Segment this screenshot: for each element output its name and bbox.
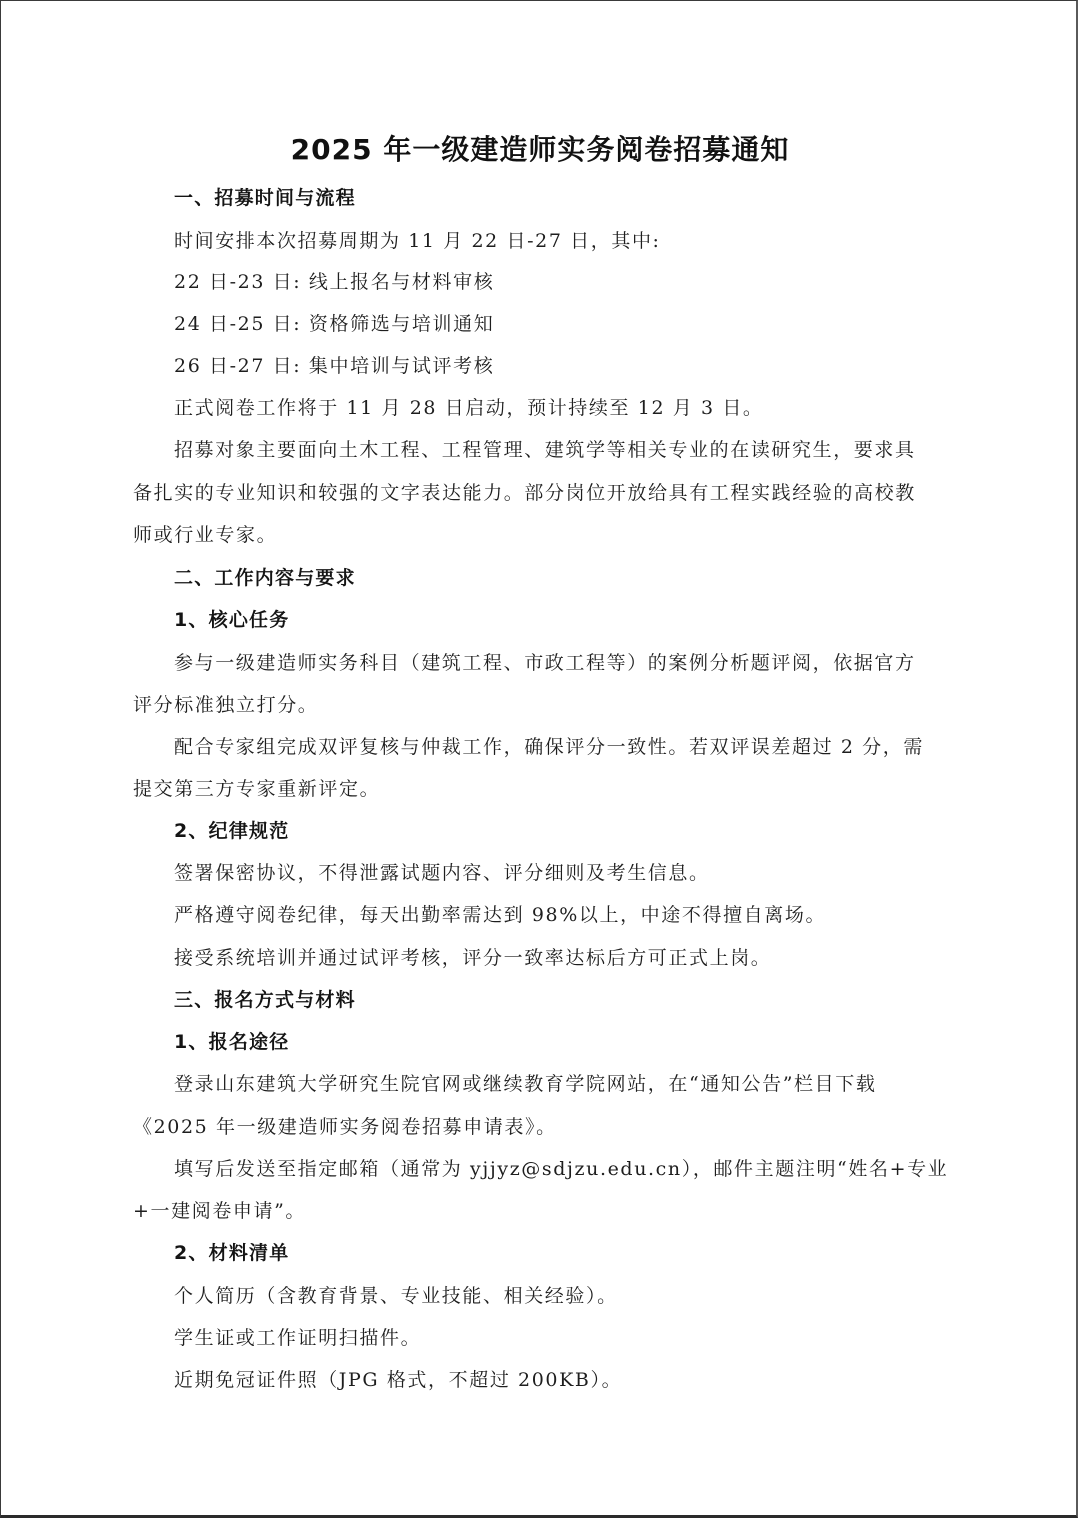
material-item: 个人简历（含教育背景、专业技能、相关经验）。: [174, 1284, 618, 1308]
subsection-heading-discipline: 2、纪律规范: [174, 819, 289, 843]
paragraph-line: 评分标准独立打分。: [133, 693, 318, 717]
paragraph-line: 严格遵守阅卷纪律，每天出勤率需达到 98%以上，中途不得擅自离场。: [174, 903, 826, 927]
paragraph-line: +一建阅卷申请”。: [133, 1199, 306, 1223]
paragraph-line: 参与一级建造师实务科目（建筑工程、市政工程等）的案例分析题评阅，依据官方: [174, 651, 916, 675]
schedule-item: 26 日-27 日: 集中培训与试评考核: [174, 354, 494, 378]
paragraph-line: 备扎实的专业知识和较强的文字表达能力。部分岗位开放给具有工程实践经验的高校教: [133, 481, 916, 505]
subsection-heading-application-channel: 1、报名途径: [174, 1030, 289, 1054]
application-form-name: 《2025 年一级建造师实务阅卷招募申请表》。: [133, 1115, 557, 1139]
material-item: 近期免冠证件照（JPG 格式，不超过 200KB）。: [174, 1368, 622, 1392]
paragraph-line: 签署保密协议，不得泄露试题内容、评分细则及考生信息。: [174, 861, 710, 885]
paragraph-line: 招募对象主要面向土木工程、工程管理、建筑学等相关专业的在读研究生，要求具: [174, 438, 916, 462]
paragraph-line: 正式阅卷工作将于 11 月 28 日启动，预计持续至 12 月 3 日。: [174, 396, 764, 420]
paragraph-line: 时间安排本次招募周期为 11 月 22 日-27 日，其中:: [174, 229, 661, 253]
paragraph-line: 接受系统培训并通过试评考核，评分一致率达标后方可正式上岗。: [174, 946, 771, 970]
document-title: 2025 年一级建造师实务阅卷招募通知: [0, 128, 1080, 168]
material-item: 学生证或工作证明扫描件。: [174, 1326, 421, 1350]
paragraph-line: 登录山东建筑大学研究生院官网或继续教育学院网站，在“通知公告”栏目下载: [174, 1072, 876, 1096]
schedule-item: 24 日-25 日: 资格筛选与培训通知: [174, 312, 494, 336]
paragraph-line: 配合专家组完成双评复核与仲裁工作，确保评分一致性。若双评误差超过 2 分，需: [174, 735, 924, 759]
schedule-item: 22 日-23 日: 线上报名与材料审核: [174, 270, 494, 294]
paragraph-line: 师或行业专家。: [133, 523, 277, 547]
paragraph-line: 提交第三方专家重新评定。: [133, 777, 380, 801]
subsection-heading-materials: 2、材料清单: [174, 1241, 289, 1265]
section-heading-recruitment-schedule: 一、招募时间与流程: [174, 186, 356, 210]
section-heading-application: 三、报名方式与材料: [174, 988, 356, 1012]
subsection-heading-core-tasks: 1、核心任务: [174, 608, 289, 632]
email-instruction: 填写后发送至指定邮箱（通常为 yjjyz@sdjzu.edu.cn），邮件主题注…: [174, 1157, 948, 1181]
section-heading-work-content: 二、工作内容与要求: [174, 566, 356, 590]
